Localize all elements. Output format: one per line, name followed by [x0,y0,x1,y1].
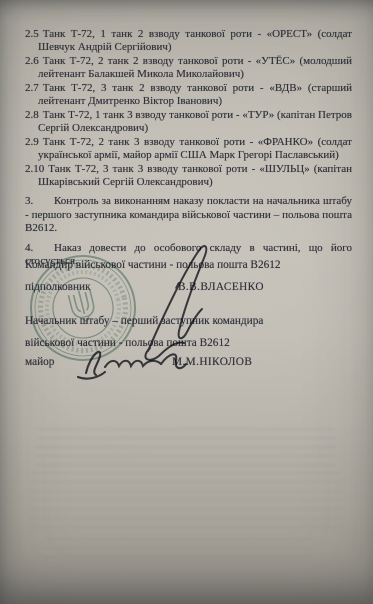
document-photo: 2.5Танк Т-72, 1 танк 2 взводу танкової р… [0,0,373,604]
chief-of-staff-signature [74,342,192,386]
trident-icon [68,288,97,324]
